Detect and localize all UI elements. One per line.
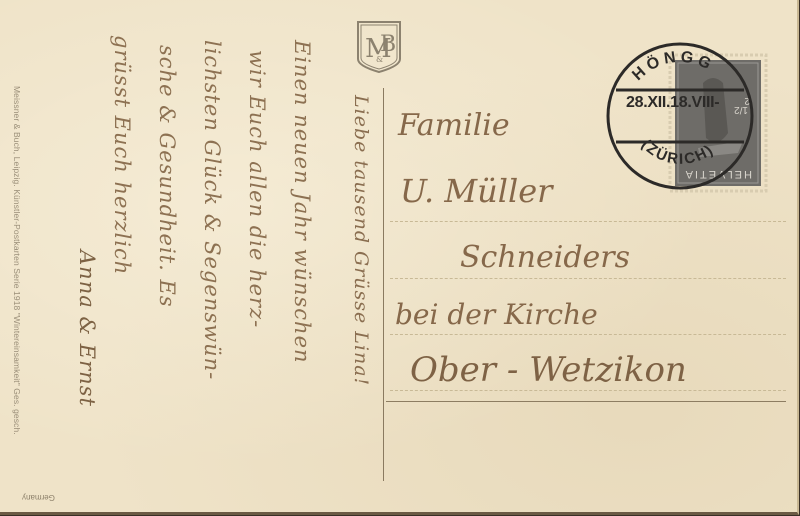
publisher-logo-icon: M B & (355, 19, 403, 75)
message-line-1: Einen neuen Jahr wünschen (290, 40, 314, 364)
address-rule-3 (390, 334, 786, 335)
address-rule-2 (390, 278, 786, 279)
svg-text:B: B (380, 32, 396, 57)
publisher-imprint: Meissner & Buch, Leipzig. Künstler-Postk… (8, 86, 22, 446)
country-of-print: Germany (22, 493, 55, 502)
svg-text:&: & (376, 55, 383, 64)
margin-note: Liebe tausend Grüsse Lina! (350, 95, 372, 386)
message-line-5: grüsst Euch herzlich (110, 35, 134, 275)
message-line-3: lichsten Glück & Segenswün- (200, 40, 224, 380)
message-line-4: sche & Gesundheit. Es (155, 45, 179, 308)
postmark-icon: HÖNGG (ZÜRICH) (604, 40, 756, 192)
address-line-5: Ober - Wetzikon (410, 350, 687, 390)
address-rule-1 (390, 221, 786, 222)
message-line-2: wir Euch allen die herz- (245, 50, 269, 328)
address-rule-4 (390, 390, 786, 391)
postmark-date: 28.XII.18.VIII- (626, 94, 719, 112)
address-rule-bottom (386, 401, 786, 402)
center-divider (383, 88, 384, 481)
message-signature: Anna & Ernst (75, 250, 99, 407)
address-line-3: Schneiders (460, 240, 630, 275)
address-line-2: U. Müller (400, 172, 552, 210)
address-line-4: bei der Kirche (395, 298, 598, 331)
address-line-1: Familie (398, 108, 510, 143)
postcard-back: Meissner & Buch, Leipzig. Künstler-Postk… (0, 0, 799, 515)
